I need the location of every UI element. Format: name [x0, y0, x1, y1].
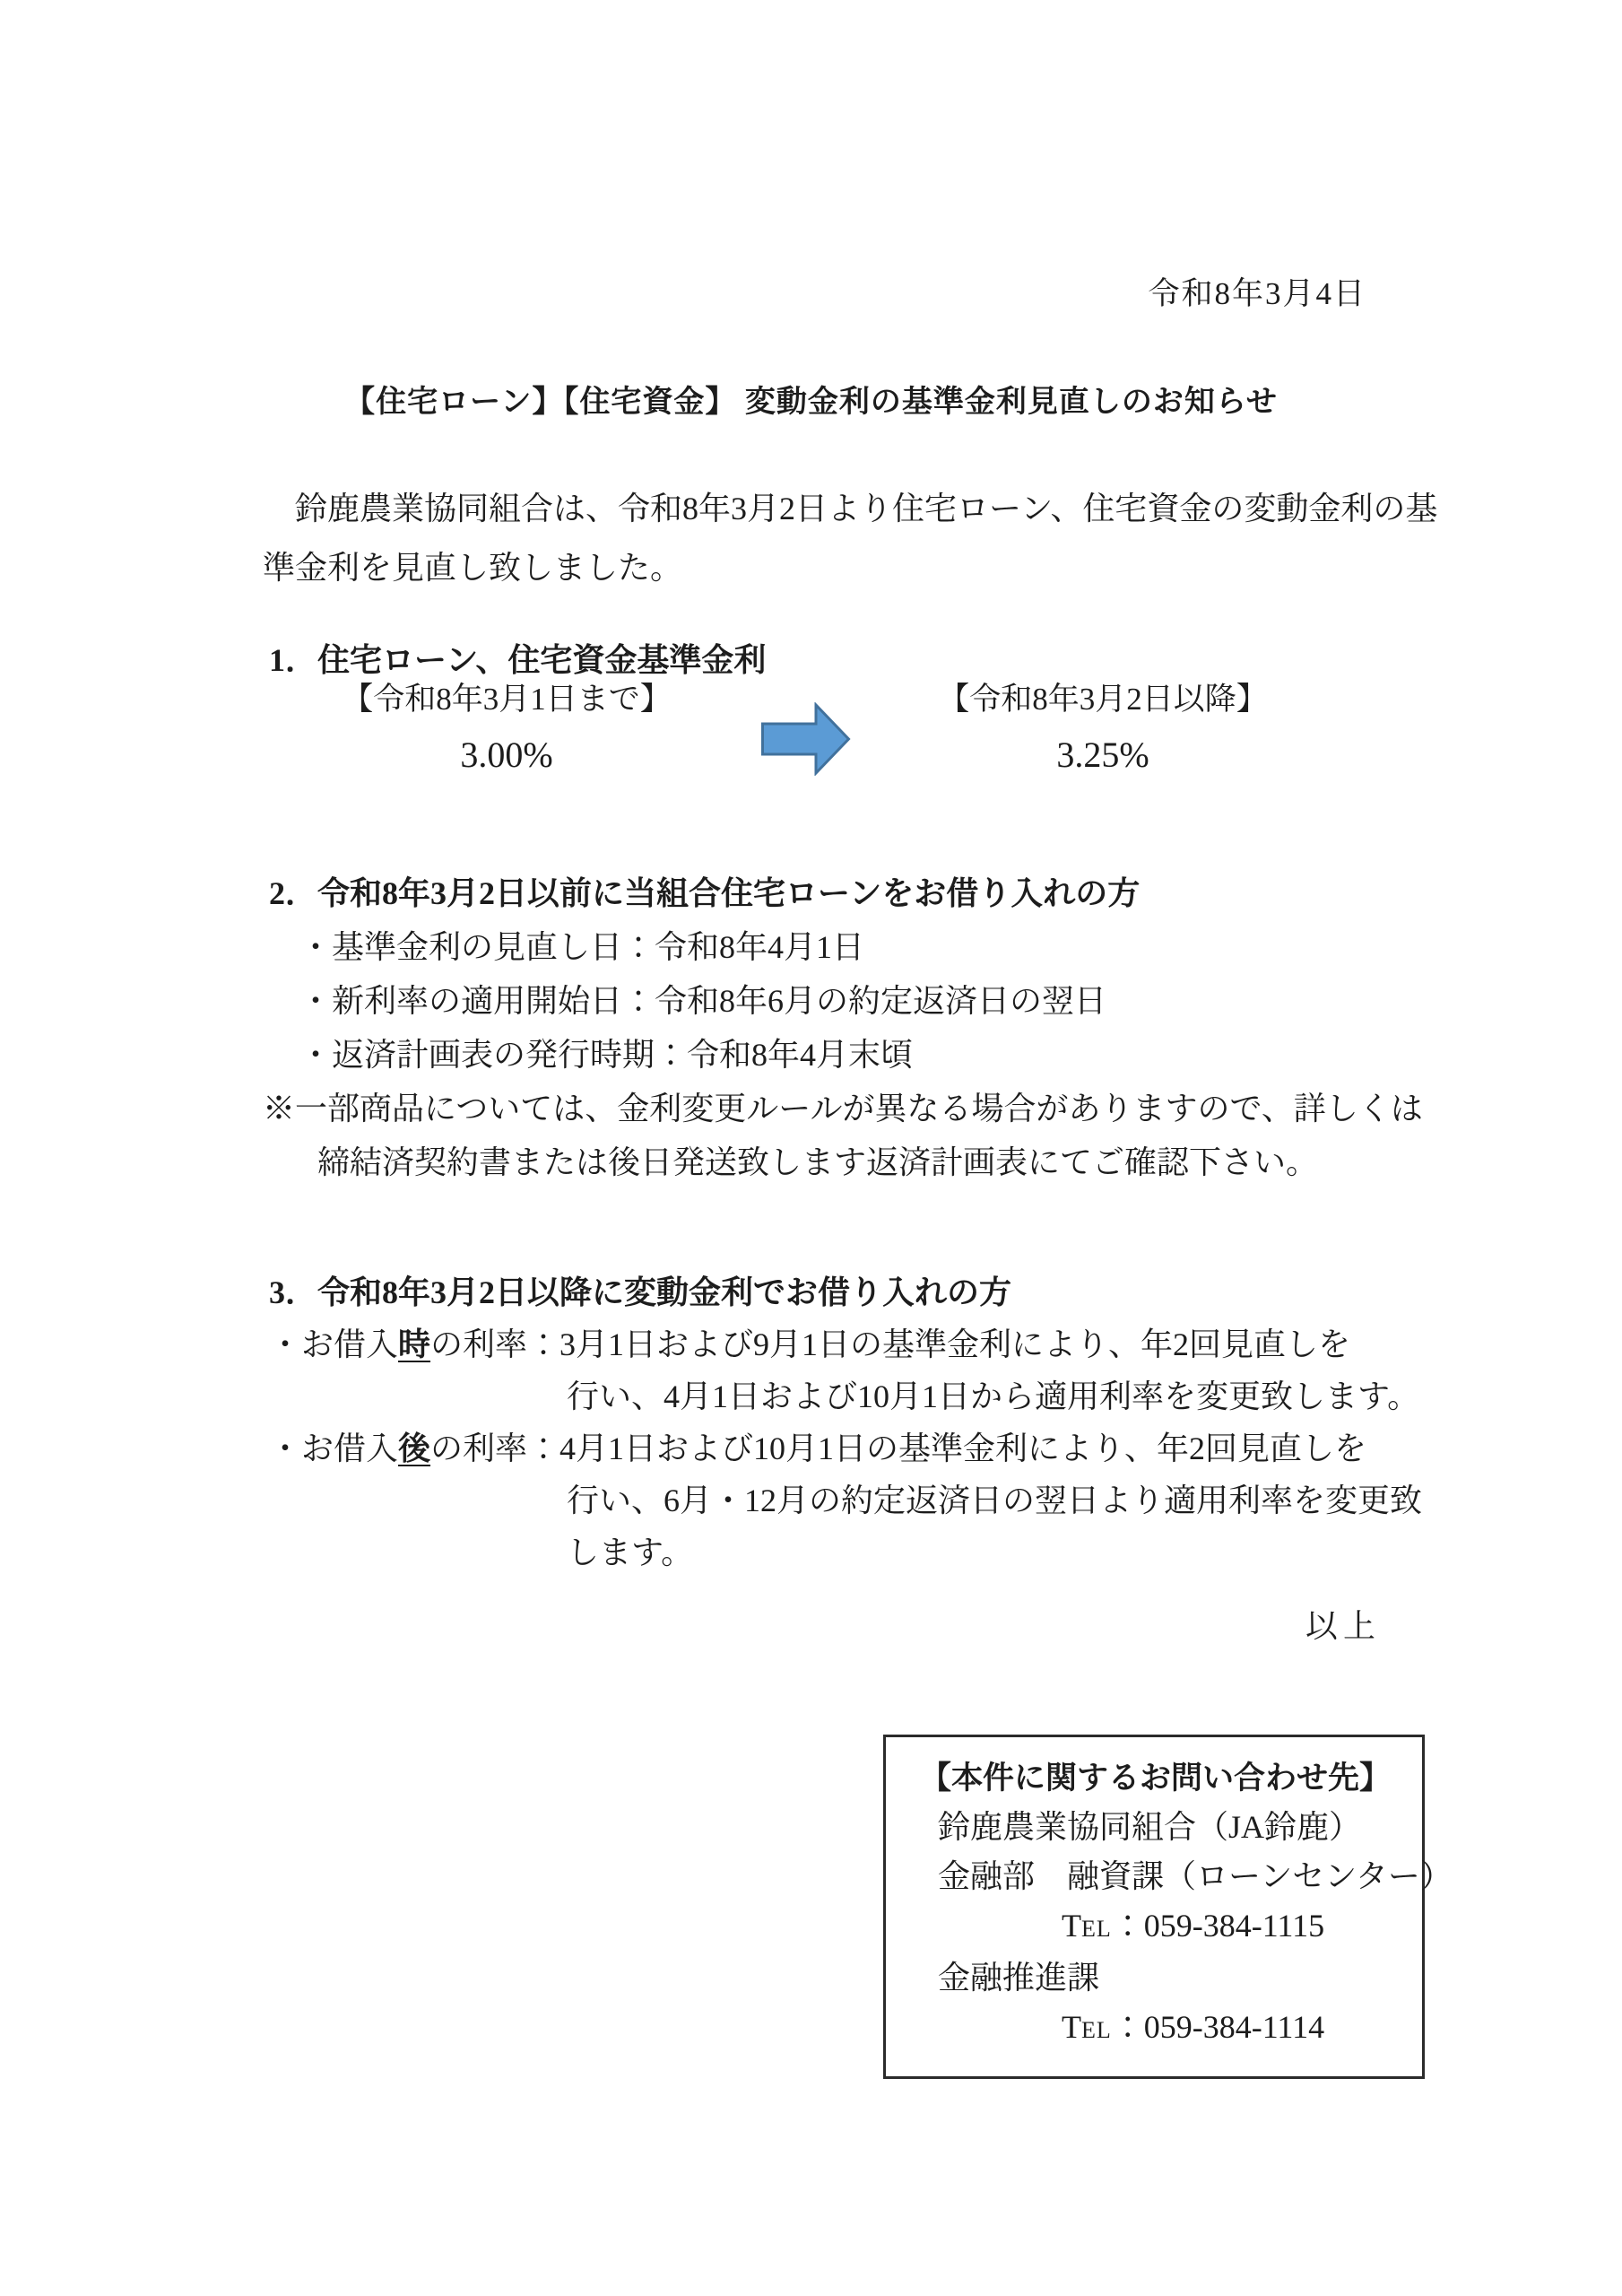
section-2-bullet-3: ・返済計画表の発行時期：令和8年4月末頃 — [269, 1028, 1423, 1082]
section-2-note-line-2: 締結済契約書または後日発送致します返済計画表にてご確認下さい。 — [269, 1135, 1423, 1189]
rate-after-column: 【令和8年3月2日以降】 3.25% — [897, 674, 1309, 776]
bullet-2-rest: の利率：4月1日および10月1日の基準金利により、年2回見直しを — [430, 1431, 1366, 1466]
document-page: 令和8年3月4日 【住宅ローン】【住宅資金】 変動金利の基準金利見直しのお知らせ… — [0, 0, 1622, 2296]
rate-before-value: 3.00% — [265, 734, 749, 776]
document-date: 令和8年3月4日 — [1148, 269, 1366, 314]
bullet-1-prefix: ・お借入 — [269, 1326, 398, 1362]
tel-2-number: 059-384-1114 — [1144, 2009, 1324, 2045]
section-3-bullet-2: ・お借入後の利率：4月1日および10月1日の基準金利により、年2回見直しを — [269, 1422, 1422, 1474]
section-3-heading: 3．令和8年3月2日以降に変動金利でお借り入れの方 — [269, 1266, 1422, 1318]
section-2-bullet-1: ・基準金利の見直し日：令和8年4月1日 — [269, 920, 1423, 974]
bullet-2-prefix: ・お借入 — [269, 1431, 398, 1466]
section-3: 3．令和8年3月2日以降に変動金利でお借り入れの方 ・お借入時の利率：3月1日お… — [269, 1266, 1422, 1578]
tel-1-label: TEL — [1062, 1908, 1112, 1944]
rate-after-label: 【令和8年3月2日以降】 — [897, 674, 1309, 719]
section-3-bullet-1: ・お借入時の利率：3月1日および9月1日の基準金利により、年2回見直しを — [269, 1318, 1422, 1370]
contact-dept-2: 金融推進課 — [886, 1953, 1422, 2003]
bullet-1-rest: の利率：3月1日および9月1日の基準金利により、年2回見直しを — [430, 1326, 1350, 1362]
section-2: 2．令和8年3月2日以前に当組合住宅ローンをお借り入れの方 ・基準金利の見直し日… — [269, 866, 1423, 1189]
contact-dept-1: 金融部 融資課（ローンセンター） — [886, 1852, 1422, 1901]
rate-before-label: 【令和8年3月1日まで】 — [265, 674, 749, 719]
section-2-note-line-1: ※一部商品については、金利変更ルールが異なる場合がありますので、詳しくは — [263, 1082, 1423, 1135]
section-2-heading: 2．令和8年3月2日以前に当組合住宅ローンをお借り入れの方 — [269, 866, 1423, 920]
bullet-1-emphasized-char: 時 — [398, 1326, 430, 1362]
section-3-bullet-2-cont-1: 行い、6月・12月の約定返済日の翌日より適用利率を変更致 — [269, 1474, 1422, 1526]
tel-1-number: 059-384-1115 — [1144, 1908, 1324, 1944]
bullet-2-emphasized-char: 後 — [398, 1431, 430, 1466]
section-2-bullet-2: ・新利率の適用開始日：令和8年6月の約定返済日の翌日 — [269, 974, 1423, 1028]
rate-after-value: 3.25% — [897, 734, 1309, 776]
contact-tel-1: TEL：059-384-1115 — [886, 1901, 1422, 1953]
tel-1-separator: ： — [1112, 1908, 1144, 1944]
contact-box-title: 【本件に関するお問い合わせ先】 — [886, 1753, 1422, 1803]
intro-paragraph: 鈴鹿農業協同組合は、令和8年3月2日より住宅ローン、住宅資金の変動金利の基 準金… — [263, 479, 1437, 597]
section-3-bullet-1-cont: 行い、4月1日および10月1日から適用利率を変更致します。 — [269, 1370, 1422, 1422]
intro-line-2: 準金利を見直し致しました。 — [263, 538, 1437, 597]
intro-line-1: 鈴鹿農業協同組合は、令和8年3月2日より住宅ローン、住宅資金の変動金利の基 — [263, 479, 1437, 538]
contact-box: 【本件に関するお問い合わせ先】 鈴鹿農業協同組合（JA鈴鹿） 金融部 融資課（ロ… — [883, 1735, 1425, 2079]
contact-org: 鈴鹿農業協同組合（JA鈴鹿） — [886, 1803, 1422, 1852]
contact-tel-2: TEL：059-384-1114 — [886, 2003, 1422, 2055]
right-arrow-shape — [763, 705, 849, 773]
closing-label: 以上 — [1305, 1601, 1381, 1647]
tel-2-separator: ： — [1112, 2009, 1144, 2045]
document-title: 【住宅ローン】【住宅資金】 変動金利の基準金利見直しのお知らせ — [0, 377, 1622, 421]
right-arrow-icon — [761, 702, 851, 776]
tel-2-label: TEL — [1062, 2009, 1112, 2045]
section-3-bullet-2-cont-2: します。 — [269, 1526, 1422, 1578]
rate-before-column: 【令和8年3月1日まで】 3.00% — [265, 674, 749, 776]
